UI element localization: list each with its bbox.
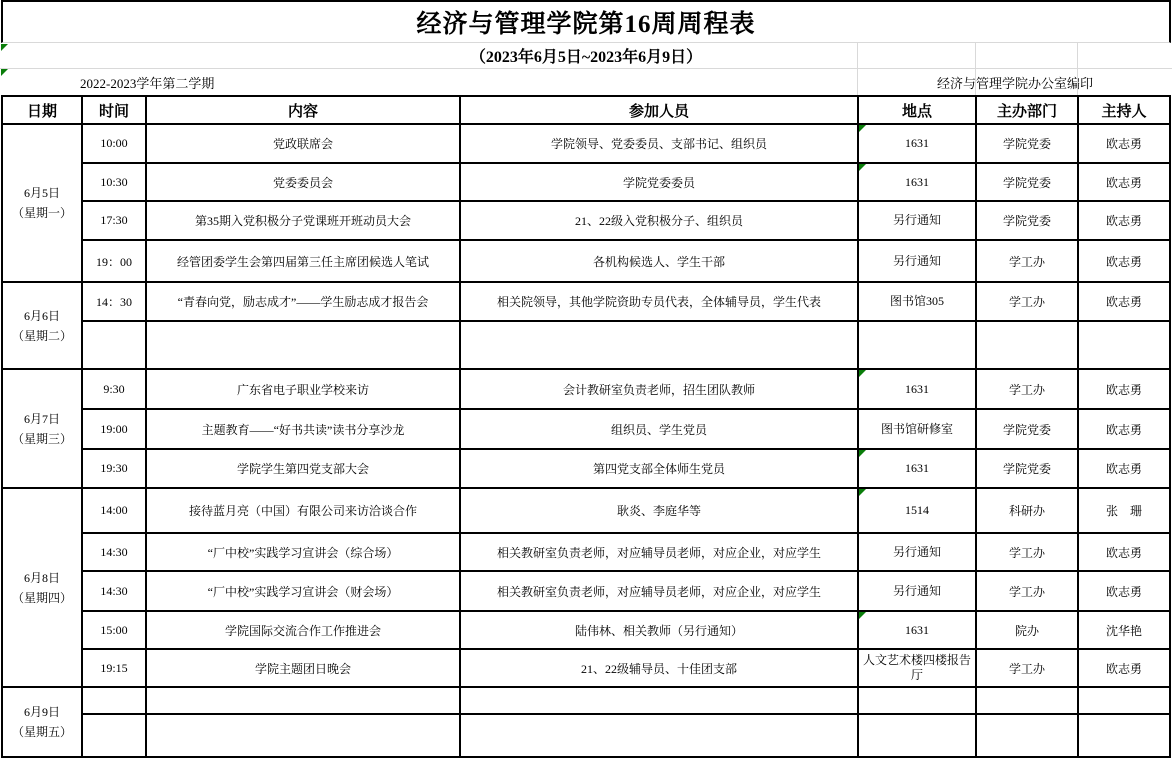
participants-cell[interactable]: 陆伟林、相关教师（另行通知） (460, 611, 858, 649)
location-cell[interactable]: 另行通知 (858, 201, 976, 240)
host-cell[interactable]: 欧志勇 (1078, 240, 1170, 282)
date-text: 6月5日 (5, 183, 79, 203)
date-range-text: （2023年6月5日~2023年6月9日） (470, 44, 702, 67)
table-row: 19:00主题教育——“好书共读”读书分享沙龙组织员、学生党员图书馆研修室学院党… (2, 409, 1170, 449)
location-cell[interactable]: 1631 (858, 124, 976, 163)
department-cell[interactable]: 学工办 (976, 282, 1078, 321)
table-row (2, 714, 1170, 757)
department-cell[interactable]: 学院党委 (976, 201, 1078, 240)
participants-cell[interactable]: 相关教研室负责老师，对应辅导员老师，对应企业，对应学生 (460, 533, 858, 571)
host-cell[interactable] (1078, 321, 1170, 369)
time-cell[interactable] (82, 714, 146, 757)
time-cell[interactable]: 14：30 (82, 282, 146, 321)
location-cell[interactable] (858, 321, 976, 369)
error-flag-icon (859, 450, 866, 457)
host-cell[interactable] (1078, 714, 1170, 757)
host-cell[interactable]: 欧志勇 (1078, 409, 1170, 449)
content-cell[interactable]: 经管团委学生会第四届第三任主席团候选人笔试 (146, 240, 460, 282)
department-cell[interactable]: 学工办 (976, 533, 1078, 571)
content-cell[interactable] (146, 321, 460, 369)
department-cell[interactable]: 学院党委 (976, 124, 1078, 163)
time-cell[interactable]: 9:30 (82, 369, 146, 409)
host-cell[interactable]: 欧志勇 (1078, 369, 1170, 409)
location-cell[interactable]: 另行通知 (858, 533, 976, 571)
time-cell[interactable]: 19:15 (82, 649, 146, 687)
time-cell[interactable]: 14:30 (82, 571, 146, 611)
gridline (1077, 43, 1078, 95)
weekday-text: （星期二） (5, 326, 79, 346)
table-row: 19:30学院学生第四党支部大会第四党支部全体师生党员1631学院党委欧志勇 (2, 449, 1170, 488)
content-cell[interactable] (146, 687, 460, 714)
host-cell[interactable]: 欧志勇 (1078, 649, 1170, 687)
page-title: 经济与管理学院第16周周程表 (1, 0, 1171, 43)
participants-cell[interactable]: 相关教研室负责老师，对应辅导员老师，对应企业，对应学生 (460, 571, 858, 611)
table-row: 6月9日（星期五） (2, 687, 1170, 714)
host-cell[interactable] (1078, 687, 1170, 714)
participants-cell[interactable]: 会计教研室负责老师，招生团队教师 (460, 369, 858, 409)
department-cell[interactable]: 学院党委 (976, 449, 1078, 488)
info-row: 2022-2023学年第二学期 经济与管理学院办公室编印 (0, 68, 1172, 95)
header-cell[interactable]: 参加人员 (460, 96, 858, 124)
table-row: 6月6日（星期二）14：30“青春向党，励志成才”——学生励志成才报告会相关院领… (2, 282, 1170, 321)
content-cell[interactable]: 第35期入党积极分子党课班开班动员大会 (146, 201, 460, 240)
date-cell[interactable]: 6月8日（星期四） (2, 488, 82, 687)
content-cell[interactable]: “青春向党，励志成才”——学生励志成才报告会 (146, 282, 460, 321)
host-cell[interactable]: 欧志勇 (1078, 571, 1170, 611)
table-row: 6月5日（星期一）10:00党政联席会学院领导、党委委员、支部书记、组织员163… (2, 124, 1170, 163)
department-cell[interactable]: 学院党委 (976, 163, 1078, 201)
participants-cell[interactable]: 各机构候选人、学生干部 (460, 240, 858, 282)
weekday-text: （星期五） (5, 722, 79, 742)
host-cell[interactable]: 欧志勇 (1078, 533, 1170, 571)
location-cell[interactable]: 1631 (858, 611, 976, 649)
host-cell[interactable]: 张 珊 (1078, 488, 1170, 533)
schedule-table: 日期时间内容参加人员地点主办部门主持人 6月5日（星期一）10:00党政联席会学… (1, 95, 1171, 758)
schedule-table-head: 日期时间内容参加人员地点主办部门主持人 (2, 96, 1170, 124)
host-cell[interactable]: 欧志勇 (1078, 163, 1170, 201)
table-row: 6月8日（星期四）14:00接待蓝月亮（中国）有限公司来访洽谈合作耿炎、李庭华等… (2, 488, 1170, 533)
host-cell[interactable]: 沈华艳 (1078, 611, 1170, 649)
weekday-text: （星期四） (5, 588, 79, 608)
header-cell[interactable]: 主持人 (1078, 96, 1170, 124)
content-cell[interactable]: 学院主题团日晚会 (146, 649, 460, 687)
table-row: 17:30第35期入党积极分子党课班开班动员大会21、22级入党积极分子、组织员… (2, 201, 1170, 240)
semester-label: 2022-2023学年第二学期 (80, 73, 214, 92)
location-cell[interactable]: 1631 (858, 369, 976, 409)
location-cell[interactable]: 1631 (858, 163, 976, 201)
publisher-label: 经济与管理学院办公室编印 (937, 73, 1093, 92)
location-cell[interactable]: 另行通知 (858, 240, 976, 282)
department-cell[interactable]: 学工办 (976, 649, 1078, 687)
error-flag-icon (859, 164, 866, 171)
department-cell[interactable]: 科研办 (976, 488, 1078, 533)
header-cell[interactable]: 日期 (2, 96, 82, 124)
date-text: 6月7日 (5, 409, 79, 429)
table-row: 14:30“厂中校”实践学习宣讲会（综合场）相关教研室负责老师，对应辅导员老师，… (2, 533, 1170, 571)
date-text: 6月9日 (5, 702, 79, 722)
gridline (857, 43, 858, 95)
error-flag-icon (859, 370, 866, 377)
table-row: 15:00学院国际交流合作工作推进会陆伟林、相关教师（另行通知）1631院办沈华… (2, 611, 1170, 649)
host-cell[interactable]: 欧志勇 (1078, 449, 1170, 488)
date-cell[interactable]: 6月9日（星期五） (2, 687, 82, 757)
participants-cell[interactable]: 第四党支部全体师生党员 (460, 449, 858, 488)
department-cell[interactable]: 学工办 (976, 571, 1078, 611)
content-cell[interactable]: 广东省电子职业学校来访 (146, 369, 460, 409)
participants-cell[interactable] (460, 687, 858, 714)
schedule-table-body: 6月5日（星期一）10:00党政联席会学院领导、党委委员、支部书记、组织员163… (2, 124, 1170, 757)
location-cell[interactable] (858, 687, 976, 714)
participants-cell[interactable]: 学院党委委员 (460, 163, 858, 201)
department-cell[interactable]: 学院党委 (976, 409, 1078, 449)
participants-cell[interactable]: 相关院领导，其他学院资助专员代表，全体辅导员，学生代表 (460, 282, 858, 321)
department-cell[interactable]: 院办 (976, 611, 1078, 649)
table-row: 19:15学院主题团日晚会21、22级辅导员、十佳团支部人文艺术楼四楼报告厅学工… (2, 649, 1170, 687)
weekday-text: （星期三） (5, 429, 79, 449)
content-cell[interactable]: 学院学生第四党支部大会 (146, 449, 460, 488)
participants-cell[interactable]: 学院领导、党委委员、支部书记、组织员 (460, 124, 858, 163)
department-cell[interactable] (976, 321, 1078, 369)
date-cell[interactable]: 6月7日（星期三） (2, 369, 82, 488)
location-cell[interactable]: 1514 (858, 488, 976, 533)
header-cell[interactable]: 时间 (82, 96, 146, 124)
location-cell[interactable] (858, 714, 976, 757)
date-cell[interactable]: 6月6日（星期二） (2, 282, 82, 369)
participants-cell[interactable]: 21、22级辅导员、十佳团支部 (460, 649, 858, 687)
time-cell[interactable]: 14:30 (82, 533, 146, 571)
host-cell[interactable]: 欧志勇 (1078, 201, 1170, 240)
content-cell[interactable]: 主题教育——“好书共读”读书分享沙龙 (146, 409, 460, 449)
participants-cell[interactable] (460, 714, 858, 757)
content-cell[interactable]: 接待蓝月亮（中国）有限公司来访洽谈合作 (146, 488, 460, 533)
error-flag-icon (859, 489, 866, 496)
host-cell[interactable]: 欧志勇 (1078, 124, 1170, 163)
table-row: 19：00经管团委学生会第四届第三任主席团候选人笔试各机构候选人、学生干部另行通… (2, 240, 1170, 282)
header-cell[interactable]: 主办部门 (976, 96, 1078, 124)
date-range-subtitle: （2023年6月5日~2023年6月9日） (0, 43, 1172, 69)
content-cell[interactable]: 党政联席会 (146, 124, 460, 163)
time-cell[interactable]: 10:00 (82, 124, 146, 163)
header-cell[interactable]: 地点 (858, 96, 976, 124)
location-cell[interactable]: 另行通知 (858, 571, 976, 611)
department-cell[interactable] (976, 687, 1078, 714)
time-cell[interactable]: 17:30 (82, 201, 146, 240)
content-cell[interactable]: 党委委员会 (146, 163, 460, 201)
content-cell[interactable] (146, 714, 460, 757)
time-cell[interactable] (82, 321, 146, 369)
participants-cell[interactable]: 组织员、学生党员 (460, 409, 858, 449)
error-flag-icon (859, 125, 866, 132)
department-cell[interactable]: 学工办 (976, 369, 1078, 409)
time-cell[interactable]: 10:30 (82, 163, 146, 201)
table-row (2, 321, 1170, 369)
weekday-text: （星期一） (5, 203, 79, 223)
header-cell[interactable]: 内容 (146, 96, 460, 124)
time-cell[interactable]: 19:30 (82, 449, 146, 488)
time-cell[interactable]: 19：00 (82, 240, 146, 282)
department-cell[interactable]: 学工办 (976, 240, 1078, 282)
date-text: 6月6日 (5, 306, 79, 326)
time-cell[interactable]: 15:00 (82, 611, 146, 649)
date-cell[interactable]: 6月5日（星期一） (2, 124, 82, 282)
location-cell[interactable]: 1631 (858, 449, 976, 488)
location-cell[interactable]: 图书馆305 (858, 282, 976, 321)
host-cell[interactable]: 欧志勇 (1078, 282, 1170, 321)
content-cell[interactable]: “厂中校”实践学习宣讲会（综合场） (146, 533, 460, 571)
schedule-sheet: 经济与管理学院第16周周程表 （2023年6月5日~2023年6月9日） 202… (0, 0, 1172, 758)
error-flag-icon (859, 612, 866, 619)
time-cell[interactable] (82, 687, 146, 714)
content-cell[interactable]: “厂中校”实践学习宣讲会（财会场） (146, 571, 460, 611)
participants-cell[interactable]: 耿炎、李庭华等 (460, 488, 858, 533)
department-cell[interactable] (976, 714, 1078, 757)
table-row: 10:30党委委员会学院党委委员1631学院党委欧志勇 (2, 163, 1170, 201)
participants-cell[interactable]: 21、22级入党积极分子、组织员 (460, 201, 858, 240)
time-cell[interactable]: 14:00 (82, 488, 146, 533)
location-cell[interactable]: 图书馆研修室 (858, 409, 976, 449)
time-cell[interactable]: 19:00 (82, 409, 146, 449)
location-cell[interactable]: 人文艺术楼四楼报告厅 (858, 649, 976, 687)
table-row: 6月7日（星期三）9:30广东省电子职业学校来访会计教研室负责老师，招生团队教师… (2, 369, 1170, 409)
gridline (975, 43, 976, 95)
participants-cell[interactable] (460, 321, 858, 369)
content-cell[interactable]: 学院国际交流合作工作推进会 (146, 611, 460, 649)
date-text: 6月8日 (5, 568, 79, 588)
table-row: 14:30“厂中校”实践学习宣讲会（财会场）相关教研室负责老师，对应辅导员老师，… (2, 571, 1170, 611)
